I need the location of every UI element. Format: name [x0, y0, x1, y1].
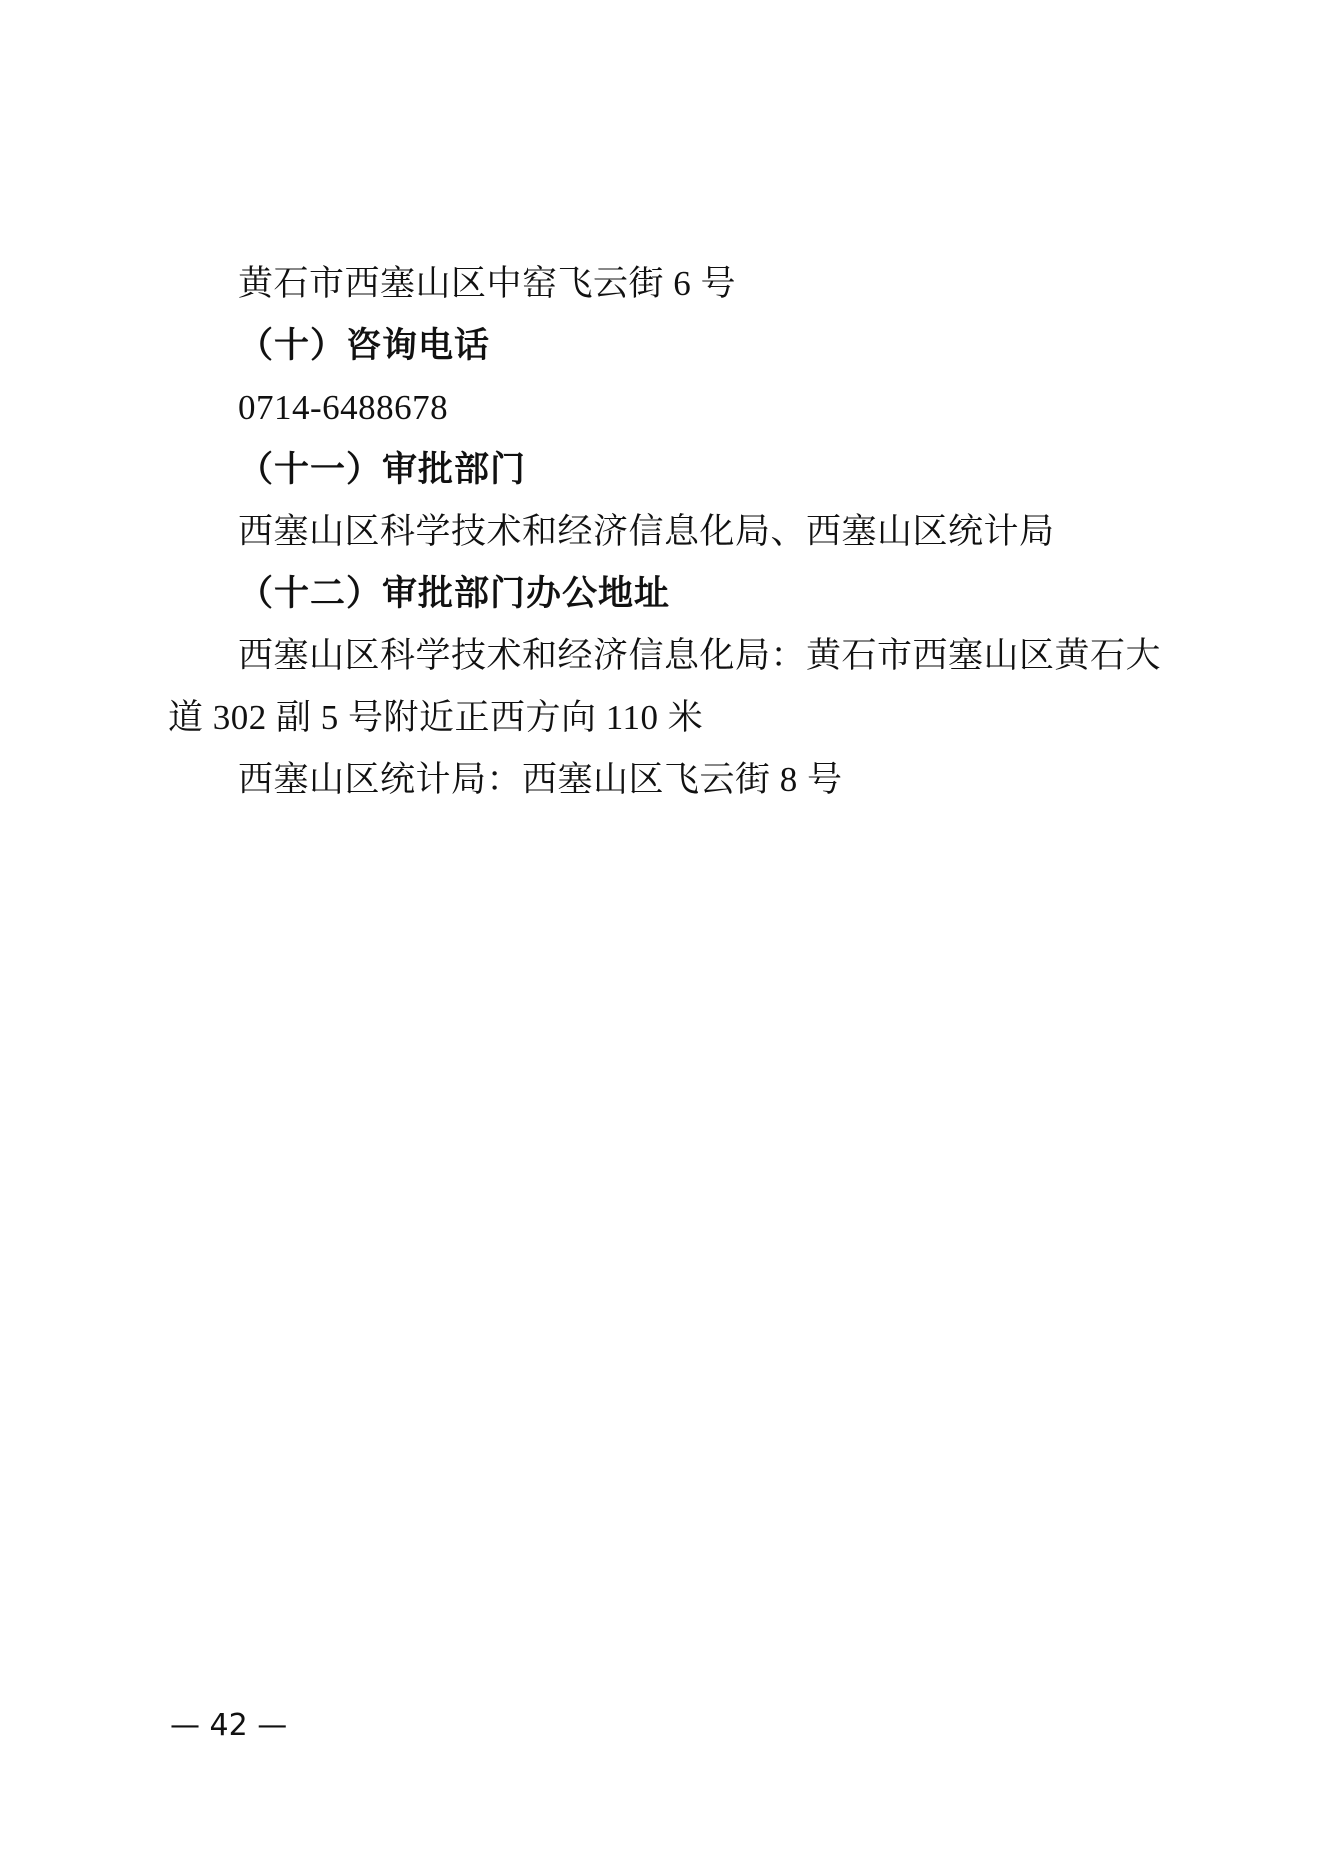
- heading-approval-department: （十一）审批部门: [168, 439, 1155, 501]
- heading-consultation-phone: （十）咨询电话: [168, 315, 1155, 377]
- page-number: — 42 —: [170, 1708, 287, 1744]
- document-page: 黄石市西塞山区中窑飞云街 6 号 （十）咨询电话 0714-6488678 （十…: [0, 0, 1323, 1871]
- text-line-zhongyao-street-address: 黄石市西塞山区中窑飞云街 6 号: [168, 253, 1155, 315]
- document-body: 黄石市西塞山区中窑飞云街 6 号 （十）咨询电话 0714-6488678 （十…: [168, 253, 1155, 811]
- text-line-approval-departments: 西塞山区科学技术和经济信息化局、西塞山区统计局: [168, 501, 1155, 563]
- text-line-statistics-bureau-address: 西塞山区统计局：西塞山区飞云街 8 号: [168, 749, 1155, 811]
- text-line-keji-bureau-address-part1: 西塞山区科学技术和经济信息化局：黄石市西塞山区黄石大: [168, 625, 1155, 687]
- heading-approval-department-office-address: （十二）审批部门办公地址: [168, 563, 1155, 625]
- text-line-phone-number: 0714-6488678: [168, 377, 1155, 439]
- text-line-keji-bureau-address-part2: 道 302 副 5 号附近正西方向 110 米: [168, 687, 1155, 749]
